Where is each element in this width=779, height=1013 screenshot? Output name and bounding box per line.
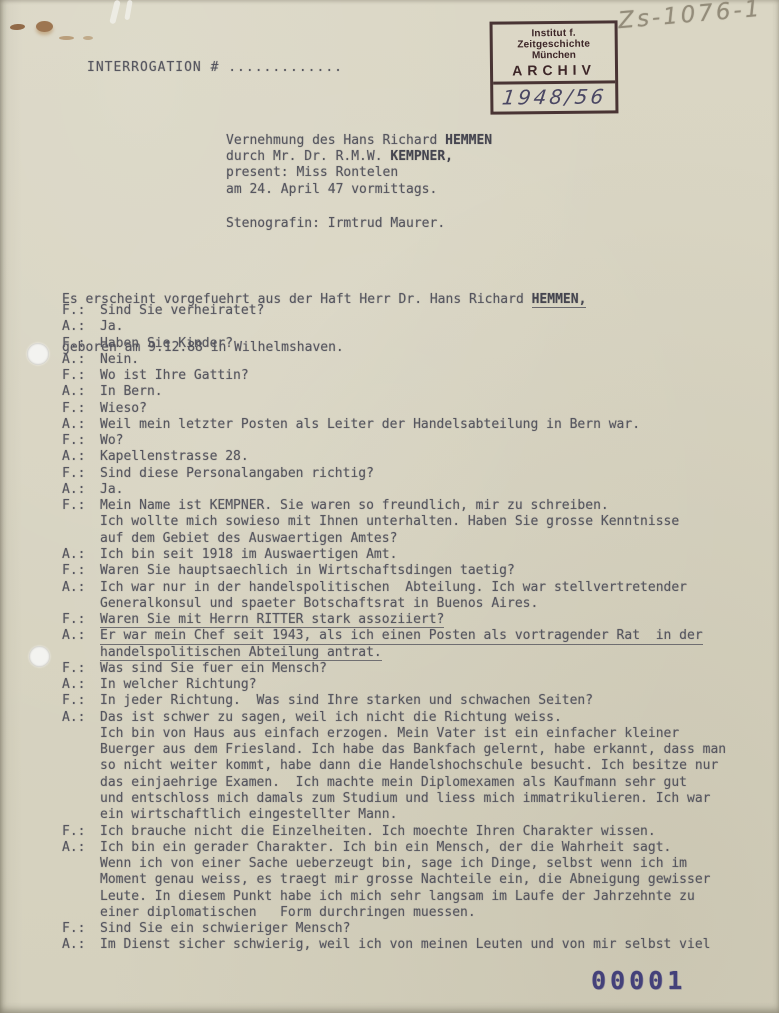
stamp-institute-line: Institut f. Zeitgeschichte (495, 27, 613, 50)
speaker-prefix: A.: (62, 628, 100, 644)
speaker-prefix (62, 742, 100, 758)
answer-line: A.:Ich war nur in der handelspolitischen… (62, 580, 726, 596)
speaker-prefix: A.: (62, 449, 100, 465)
header-name-emphasized: KEMPNER, (390, 149, 453, 164)
line-text: Moment genau weiss, es traegt mir grosse… (100, 872, 710, 888)
line-text: In welcher Richtung? (100, 677, 257, 693)
speaker-prefix (62, 775, 100, 791)
speaker-prefix: A.: (62, 937, 100, 953)
speaker-prefix: A.: (62, 352, 100, 368)
question-line: F.:Ich brauche nicht die Einzelheiten. I… (62, 824, 726, 840)
continuation-line: so nicht weiter kommt, habe dann die Han… (62, 758, 726, 774)
line-text: Waren Sie mit Herrn RITTER stark assozii… (100, 612, 444, 628)
stamp-archiv-line: ARCHIV (495, 61, 613, 78)
hole-punch (27, 343, 49, 365)
rust-stain (83, 36, 93, 40)
answer-line: A.:In Bern. (62, 384, 726, 400)
speaker-prefix: F.: (62, 693, 100, 709)
speaker-prefix (62, 856, 100, 872)
question-line: F.:Was sind Sie fuer ein Mensch? (62, 661, 726, 677)
speaker-prefix: A.: (62, 710, 100, 726)
speaker-prefix: A.: (62, 580, 100, 596)
question-line: F.:Mein Name ist KEMPNER. Sie waren so f… (62, 498, 726, 514)
speaker-prefix: F.: (62, 433, 100, 449)
line-text: handelspolitischen Abteilung antrat. (100, 645, 382, 661)
answer-line: A.:In welcher Richtung? (62, 677, 726, 693)
document-title: INTERROGATION # ............. (87, 60, 343, 75)
question-line: F.:Haben Sie Kinder? (62, 336, 726, 352)
speaker-prefix: A.: (62, 677, 100, 693)
header-line-text: present: Miss Rontelen (226, 165, 398, 180)
rust-stain (10, 23, 25, 30)
continuation-line: Buerger aus dem Friesland. Ich habe das … (62, 742, 726, 758)
hearing-header-line: present: Miss Rontelen (226, 165, 492, 181)
hole-punch (29, 646, 50, 667)
continuation-line: Ich wollte mich sowieso mit Ihnen unterh… (62, 514, 726, 530)
line-text: Was sind Sie fuer ein Mensch? (100, 661, 327, 677)
rust-stain (59, 36, 74, 40)
paper-scratch (109, 0, 121, 24)
speaker-prefix: F.: (62, 612, 100, 628)
line-text: und entschloss mich damals zum Studium u… (100, 791, 710, 807)
question-line: F.:Waren Sie mit Herrn RITTER stark asso… (62, 612, 726, 628)
stamp-city-line: München (495, 49, 613, 61)
line-text: Haben Sie Kinder? (100, 336, 233, 352)
question-line: F.:In jeder Richtung. Was sind Ihre star… (62, 693, 726, 709)
line-text: Ja. (100, 319, 123, 335)
speaker-prefix: F.: (62, 661, 100, 677)
answer-line: A.:Kapellenstrasse 28. (62, 449, 726, 465)
speaker-prefix (62, 531, 100, 547)
line-text: Buerger aus dem Friesland. Ich habe das … (100, 742, 726, 758)
line-text: Weil mein letzter Posten als Leiter der … (100, 417, 640, 433)
speaker-prefix: F.: (62, 921, 100, 937)
continuation-line: Generalkonsul und spaeter Botschaftsrat … (62, 596, 726, 612)
hearing-header-line: Vernehmung des Hans Richard HEMMEN (226, 133, 492, 149)
line-text: so nicht weiter kommt, habe dann die Han… (100, 758, 718, 774)
header-name-emphasized: HEMMEN (445, 133, 492, 148)
hearing-header-line: am 24. April 47 vormittags. (226, 182, 492, 198)
hearing-header-block: Vernehmung des Hans Richard HEMMENdurch … (226, 133, 492, 198)
qa-transcript: F.:Sind Sie verheiratet?A.:Ja.F.:Haben S… (62, 303, 726, 954)
line-text: Ich war nur in der handelspolitischen Ab… (100, 580, 687, 596)
speaker-prefix: F.: (62, 563, 100, 579)
line-text: Im Dienst sicher schwierig, weil ich von… (100, 937, 710, 953)
line-text: Sind Sie verheiratet? (100, 303, 264, 319)
question-line: F.:Sind Sie ein schwieriger Mensch? (62, 921, 726, 937)
speaker-prefix (62, 905, 100, 921)
answer-line: A.:Das ist schwer zu sagen, weil ich nic… (62, 710, 726, 726)
header-line-text: durch Mr. Dr. R.M.W. (226, 149, 390, 164)
speaker-prefix (62, 791, 100, 807)
answer-line: A.:Ja. (62, 482, 726, 498)
line-text: Generalkonsul und spaeter Botschaftsrat … (100, 596, 538, 612)
line-text: Nein. (100, 352, 139, 368)
continuation-line: Moment genau weiss, es traegt mir grosse… (62, 872, 726, 888)
line-text: Sind diese Personalangaben richtig? (100, 466, 374, 482)
question-line: F.:Waren Sie hauptsaechlich in Wirtschaf… (62, 563, 726, 579)
speaker-prefix: A.: (62, 319, 100, 335)
line-text: Er war mein Chef seit 1943, als ich eine… (100, 628, 703, 644)
continuation-line: auf dem Gebiet des Auswaertigen Amtes? (62, 531, 726, 547)
speaker-prefix (62, 807, 100, 823)
scanned-document-page: Zs-1076-1 Institut f. Zeitgeschichte Mün… (0, 0, 779, 1013)
continuation-line: das einjaehrige Examen. Ich machte mein … (62, 775, 726, 791)
answer-line: A.:Im Dienst sicher schwierig, weil ich … (62, 937, 726, 953)
speaker-prefix: F.: (62, 368, 100, 384)
speaker-prefix: F.: (62, 401, 100, 417)
line-text: ein wirtschaftlich eingestellter Mann. (100, 807, 397, 823)
continuation-line: einer diplomatischen Form durchringen mu… (62, 905, 726, 921)
answer-line: A.:Nein. (62, 352, 726, 368)
line-text: Mein Name ist KEMPNER. Sie waren so freu… (100, 498, 609, 514)
hearing-header-line: durch Mr. Dr. R.M.W. KEMPNER, (226, 149, 492, 165)
line-text: Leute. In diesem Punkt habe ich mich seh… (100, 889, 695, 905)
archive-stamp: Institut f. Zeitgeschichte München ARCHI… (490, 20, 619, 114)
line-text: auf dem Gebiet des Auswaertigen Amtes? (100, 531, 397, 547)
line-text: Ich brauche nicht die Einzelheiten. Ich … (100, 824, 656, 840)
answer-line: A.:Ja. (62, 319, 726, 335)
answer-line: A.:Weil mein letzter Posten als Leiter d… (62, 417, 726, 433)
speaker-prefix: F.: (62, 824, 100, 840)
line-text: Waren Sie hauptsaechlich in Wirtschaftsd… (100, 563, 515, 579)
line-text: das einjaehrige Examen. Ich machte mein … (100, 775, 687, 791)
question-line: F.:Sind Sie verheiratet? (62, 303, 726, 319)
question-line: F.:Sind diese Personalangaben richtig? (62, 466, 726, 482)
speaker-prefix (62, 645, 100, 661)
speaker-prefix (62, 889, 100, 905)
line-text: In jeder Richtung. Was sind Ihre starken… (100, 693, 593, 709)
speaker-prefix (62, 726, 100, 742)
paper-scratch (124, 0, 132, 20)
header-line-text: Vernehmung des Hans Richard (226, 133, 445, 148)
speaker-prefix (62, 872, 100, 888)
question-line: F.:Wieso? (62, 401, 726, 417)
line-text: Kapellenstrasse 28. (100, 449, 249, 465)
speaker-prefix: A.: (62, 547, 100, 563)
speaker-prefix (62, 758, 100, 774)
speaker-prefix: A.: (62, 384, 100, 400)
line-text: Ja. (100, 482, 123, 498)
line-text: Ich bin seit 1918 im Auswaertigen Amt. (100, 547, 397, 563)
continuation-line: Leute. In diesem Punkt habe ich mich seh… (62, 889, 726, 905)
continuation-line: ein wirtschaftlich eingestellter Mann. (62, 807, 726, 823)
pencil-archive-reference: Zs-1076-1 (617, 0, 763, 34)
line-text: Das ist schwer zu sagen, weil ich nicht … (100, 710, 562, 726)
line-text: Ich wollte mich sowieso mit Ihnen unterh… (100, 514, 679, 530)
stamp-handwritten-number: 1948/56 (492, 83, 618, 111)
line-text: Ich bin ein gerader Charakter. Ich bin e… (100, 840, 671, 856)
speaker-prefix (62, 596, 100, 612)
page-number-stamp: 00001 (591, 966, 686, 995)
speaker-prefix: A.: (62, 417, 100, 433)
rust-stain (36, 21, 53, 32)
stenographer-line: Stenografin: Irmtrud Maurer. (226, 216, 445, 231)
line-text: Wenn ich von einer Sache ueberzeugt bin,… (100, 856, 687, 872)
speaker-prefix (62, 514, 100, 530)
speaker-prefix: F.: (62, 466, 100, 482)
line-text: Wo? (100, 433, 123, 449)
speaker-prefix: F.: (62, 303, 100, 319)
question-line: F.:Wo? (62, 433, 726, 449)
speaker-prefix: F.: (62, 336, 100, 352)
answer-line: A.:Er war mein Chef seit 1943, als ich e… (62, 628, 726, 644)
answer-line: A.:Ich bin seit 1918 im Auswaertigen Amt… (62, 547, 726, 563)
speaker-prefix: A.: (62, 482, 100, 498)
answer-line: A.:Ich bin ein gerader Charakter. Ich bi… (62, 840, 726, 856)
speaker-prefix: A.: (62, 840, 100, 856)
line-text: einer diplomatischen Form durchringen mu… (100, 905, 476, 921)
continuation-line: Wenn ich von einer Sache ueberzeugt bin,… (62, 856, 726, 872)
line-text: In Bern. (100, 384, 163, 400)
archive-stamp-header: Institut f. Zeitgeschichte München ARCHI… (493, 23, 616, 84)
question-line: F.:Wo ist Ihre Gattin? (62, 368, 726, 384)
continuation-line: und entschloss mich damals zum Studium u… (62, 791, 726, 807)
continuation-line: Ich bin von Haus aus einfach erzogen. Me… (62, 726, 726, 742)
line-text: Wieso? (100, 401, 147, 417)
line-text: Ich bin von Haus aus einfach erzogen. Me… (100, 726, 679, 742)
speaker-prefix: F.: (62, 498, 100, 514)
continuation-line: handelspolitischen Abteilung antrat. (62, 645, 726, 661)
header-line-text: am 24. April 47 vormittags. (226, 182, 437, 197)
line-text: Sind Sie ein schwieriger Mensch? (100, 921, 350, 937)
line-text: Wo ist Ihre Gattin? (100, 368, 249, 384)
